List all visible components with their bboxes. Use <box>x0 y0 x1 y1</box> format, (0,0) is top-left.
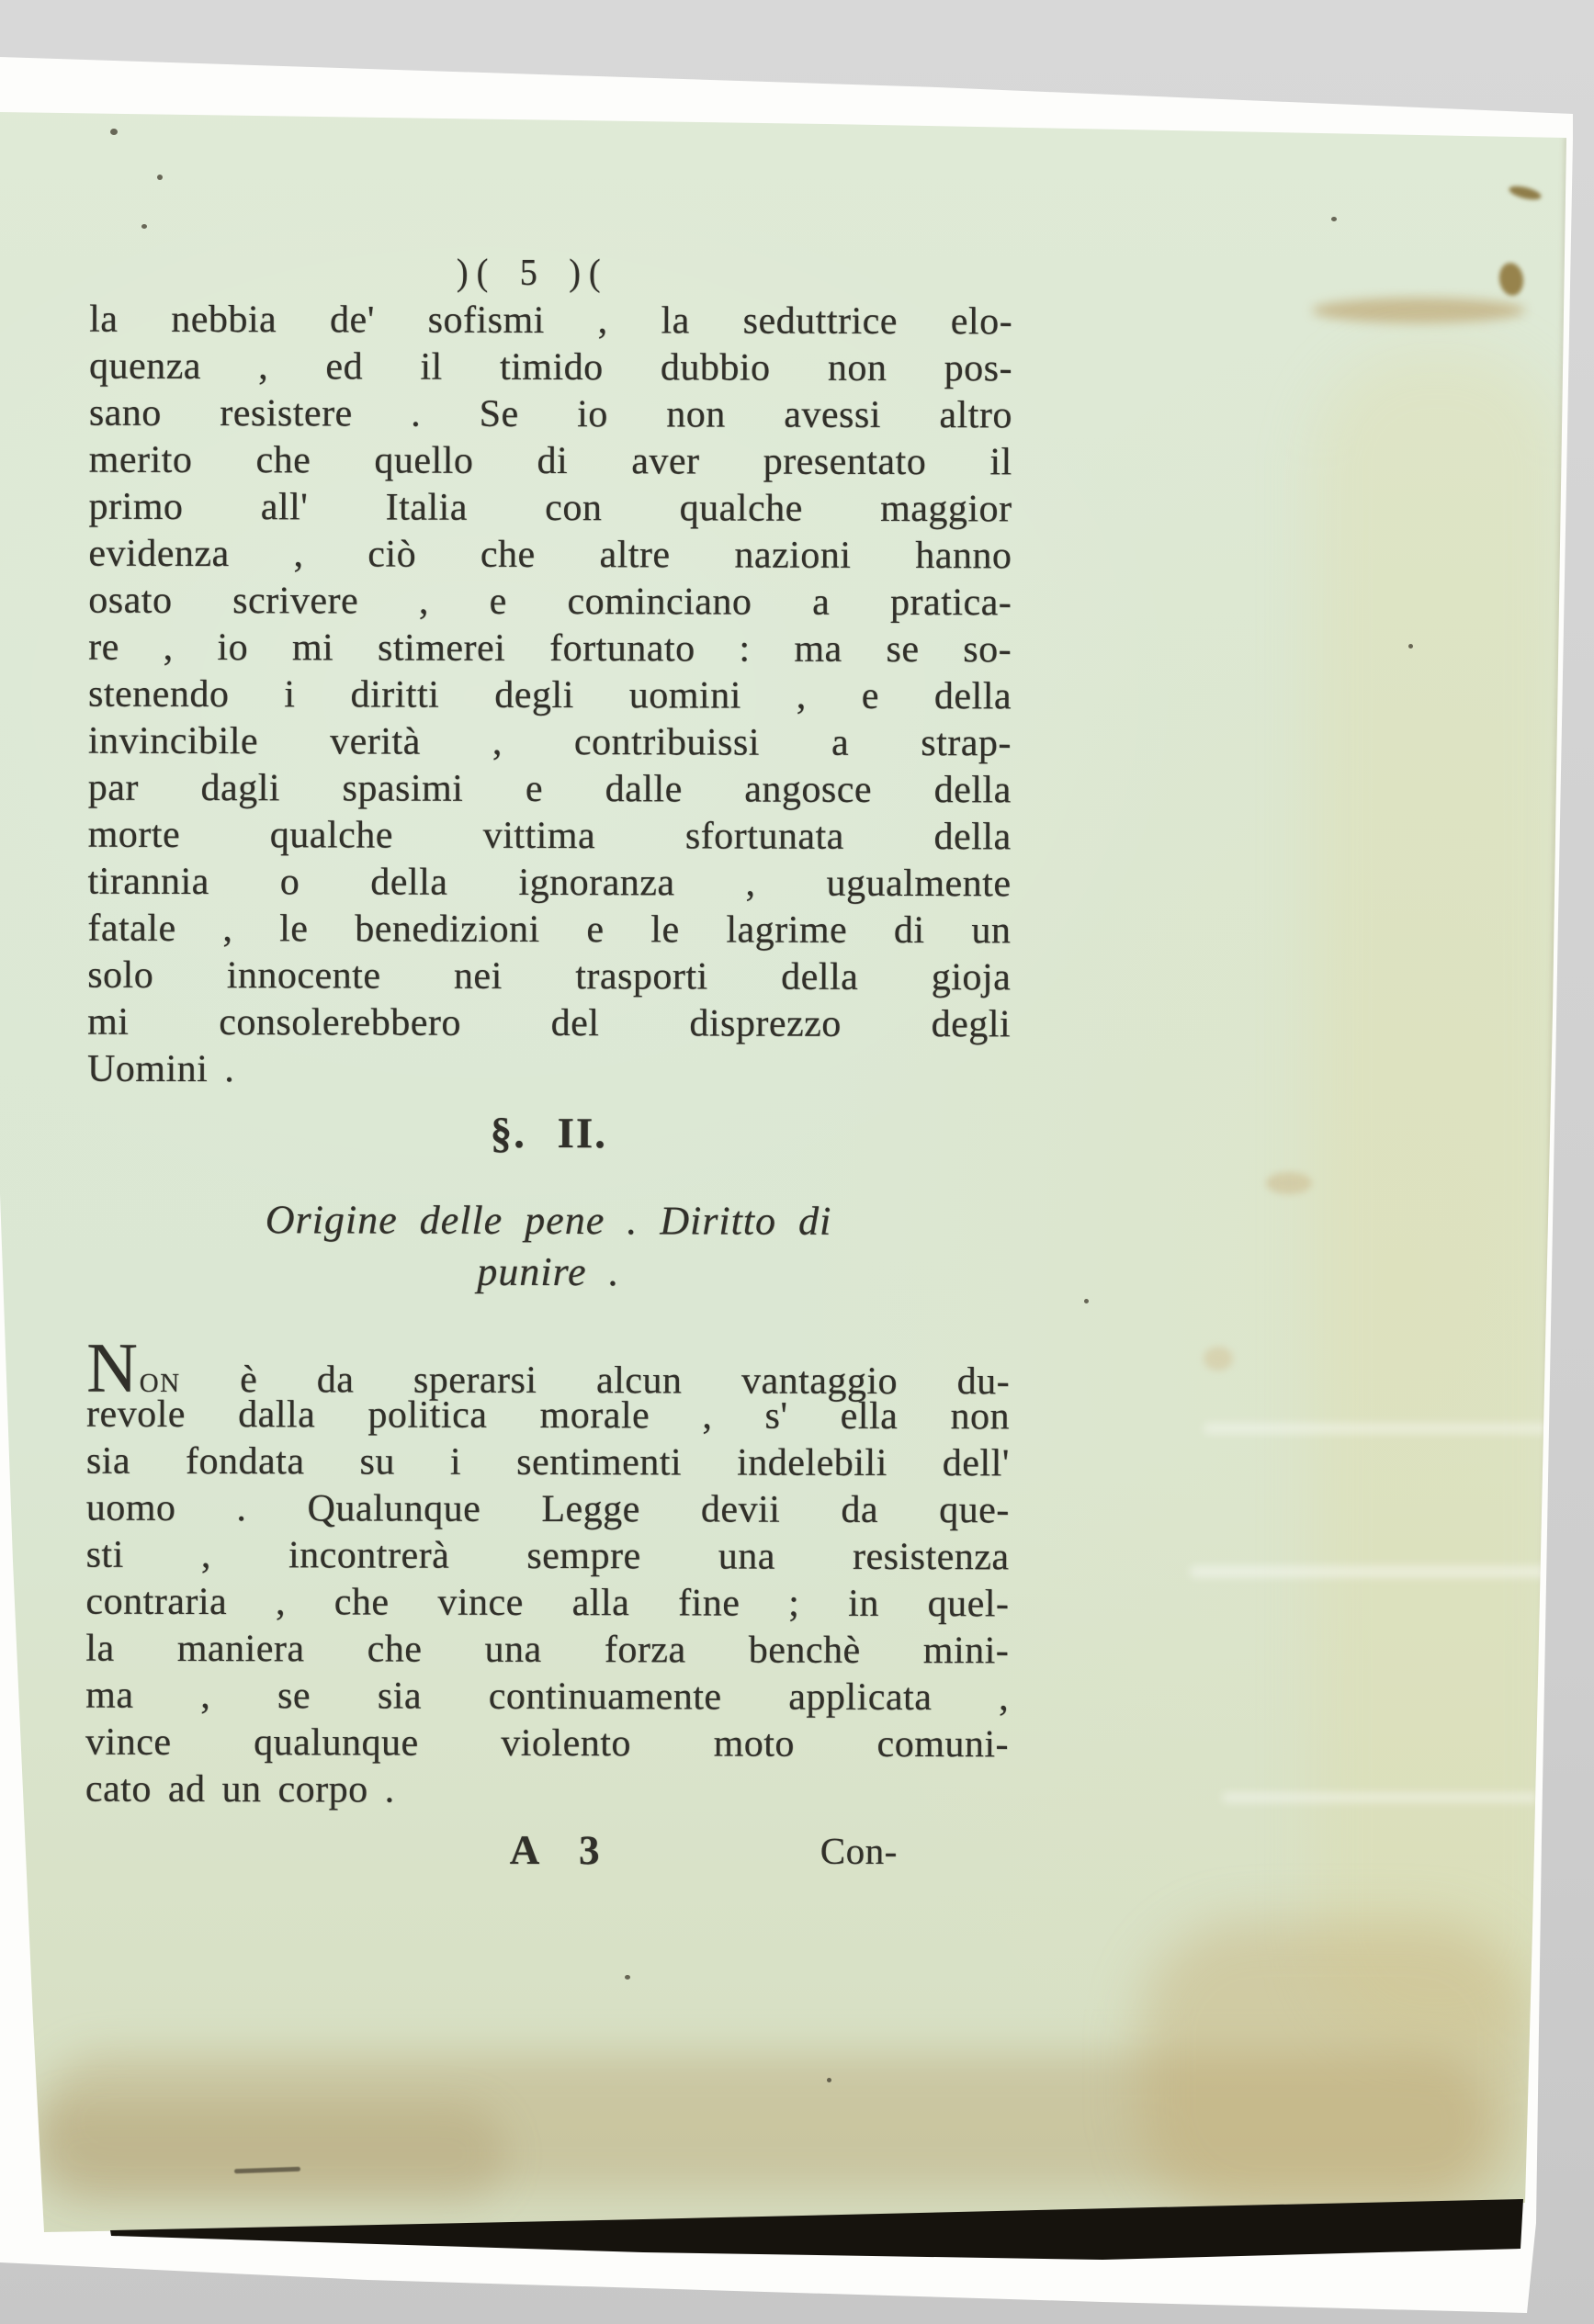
stain-bottom-right <box>1139 1920 1534 2223</box>
text-line: revole dalla politica morale , s' ella n… <box>86 1392 1010 1441</box>
catchword: Con- <box>820 1828 898 1875</box>
text-line: sano resistere . Se io non avessi altro <box>89 390 1012 440</box>
text-line: vince qualunque violento moto comuni- <box>85 1720 1009 1769</box>
ink-speck <box>1408 644 1413 649</box>
text-line: mi consolerebbero del disprezzo degli <box>87 999 1011 1049</box>
scrape-mark <box>1204 1424 1553 1433</box>
text-line: quenza , ed il timido dubbio non pos- <box>89 344 1012 393</box>
ink-speck <box>625 1975 630 1980</box>
stain-right-small <box>1204 1347 1233 1371</box>
scrape-mark <box>1190 1566 1557 1577</box>
text-line: invincibile verità , contribuissi a stra… <box>88 718 1012 768</box>
text-line: par dagli spasimi e dalle angosce della <box>88 765 1012 815</box>
text-line: morte qualche vittima sfortunata della <box>88 812 1012 862</box>
text-line: uomo . Qualunque Legge devii da que- <box>86 1485 1010 1535</box>
text-line: sia fondata su i sentimenti indelebili d… <box>86 1438 1010 1488</box>
ink-speck <box>110 129 118 135</box>
stain-topright-streak <box>1312 298 1525 323</box>
text-line: contraria , che vince alla fine ; in que… <box>85 1579 1009 1629</box>
text-line: fatale , le benedizioni e le lagrime di … <box>87 906 1011 955</box>
signature-mark: A 3 <box>510 1827 602 1874</box>
stain-topright-dash <box>1508 184 1543 202</box>
text-line: la nebbia de' sofismi , la seduttrice el… <box>89 297 1012 346</box>
text-block: )( 5 )( la nebbia de' sofismi , la sedut… <box>85 247 1013 1882</box>
chapter-subtitle-line: Origine delle pene . Diritto di <box>86 1194 1010 1248</box>
text-line: sti , incontrerà sempre una resistenza <box>86 1532 1010 1582</box>
paragraph-end-line: cato ad un corpo . <box>85 1766 1009 1816</box>
scanned-book-page: )( 5 )( la nebbia de' sofismi , la sedut… <box>0 0 1594 2324</box>
text-line: stenendo i diritti degli uomini , e dell… <box>88 671 1012 721</box>
text-line: ma , se sia continuamente applicata , <box>85 1673 1009 1722</box>
signature-catchword-line: A 3 Con- <box>85 1826 1009 1882</box>
stain-topright-fleck <box>1498 261 1526 297</box>
text-line: re , io mi stimerei fortunato : ma se so… <box>88 625 1012 674</box>
stray-pen-dash <box>234 2167 300 2174</box>
text-line: primo all' Italia con qualche maggior <box>89 484 1012 534</box>
text-line: solo innocente nei trasporti della gioja <box>87 953 1011 1002</box>
text-line: merito che quello di aver presentato il <box>89 437 1012 487</box>
chapter-subtitle-line: punire . <box>86 1246 1010 1300</box>
ink-speck <box>157 175 163 180</box>
ink-speck <box>1084 1299 1089 1303</box>
text-line: la maniera che una forza benchè mini- <box>85 1626 1009 1675</box>
ink-speck <box>141 224 147 229</box>
paragraph-end-line: Uomini . <box>87 1046 1011 1096</box>
ink-speck <box>1331 217 1337 221</box>
text-line: evidenza , ciò che altre nazioni hanno <box>88 531 1012 581</box>
book-page: )( 5 )( la nebbia de' sofismi , la sedut… <box>0 0 1594 2324</box>
page-header-folio: )( 5 )( <box>89 245 1012 301</box>
text-line: tirannia o della ignoranza , ugualmente <box>87 859 1011 908</box>
text-line: osato scrivere , e cominciano a pratica- <box>88 578 1012 627</box>
text-line-dropcap: Non è da sperarsi alcun vantaggio du- <box>86 1345 1010 1394</box>
section-number: §. II. <box>87 1106 1011 1162</box>
scrape-mark <box>1222 1793 1539 1802</box>
stain-bottom-left <box>28 2104 505 2205</box>
ink-speck <box>827 2078 831 2082</box>
stain-right-oval <box>1266 1172 1312 1194</box>
